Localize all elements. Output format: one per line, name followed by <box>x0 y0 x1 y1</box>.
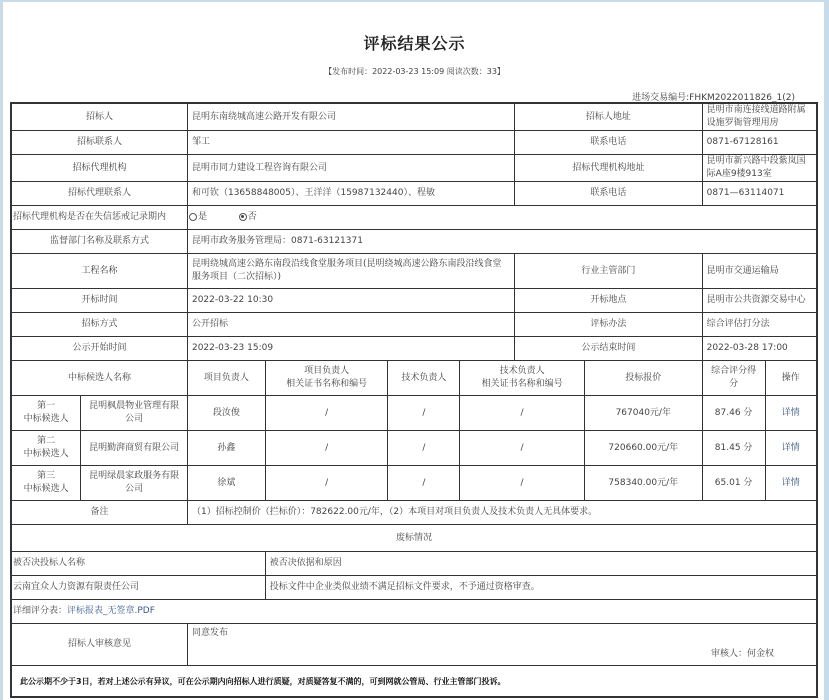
project-value: 昆明绕城高速公路东南段沿线食堂服务项目(昆明绕城高速公路东南段沿线食堂服务项目（… <box>187 254 514 289</box>
open-time-label: 开标时间 <box>11 289 187 313</box>
candidate-rank: 第三 中标候选人 <box>11 466 81 501</box>
header-pm: 项目负责人 <box>187 361 265 396</box>
candidate-name: 昆明勤湃商贸有限公司 <box>81 431 188 466</box>
agency-label: 招标代理机构 <box>11 155 187 182</box>
row-notice: 公示开始时间 2022-03-23 15:09 公示结束时间 2022-03-2… <box>11 337 817 361</box>
reviewer: 审核人：何金权 <box>711 648 774 661</box>
eval-method-value: 综合评估打分法 <box>702 313 817 337</box>
row-open: 开标时间 2022-03-22 10:30 开标地点 昆明市公共资源交易中心 <box>11 289 817 313</box>
dishonest-options: 是 否 <box>187 206 817 230</box>
row-agency: 招标代理机构 昆明市同力建设工程咨询有限公司 招标代理机构地址 昆明市新兴路中段… <box>11 155 817 182</box>
candidate-tech-cert: / <box>460 431 585 466</box>
candidate-row: 第二 中标候选人 昆明勤湃商贸有限公司 孙鑫 / / / 720660.00元/… <box>11 431 817 466</box>
row-detail-file: 详细评分表：评标报表_无签章.PDF <box>11 600 817 624</box>
radio-no-label: 否 <box>248 212 257 222</box>
header-candidate-name: 中标候选人名称 <box>11 361 187 396</box>
footer-note: 此公示期不少于3日，若对上述公示有异议，可在公示期内向招标人进行质疑，对质疑答复… <box>11 666 817 698</box>
candidate-name: 昆明枫晨物业管理有限公司 <box>81 396 188 431</box>
eval-method-label: 评标办法 <box>515 313 703 337</box>
radio-no-checked-icon[interactable] <box>239 213 247 221</box>
candidate-pm: 段汝俊 <box>187 396 265 431</box>
supervisor-label: 监督部门名称及联系方式 <box>11 230 187 254</box>
tenderer-address-label: 招标人地址 <box>515 103 703 131</box>
candidate-details-link[interactable]: 详情 <box>765 431 817 466</box>
candidate-details-link[interactable]: 详情 <box>765 396 817 431</box>
agency-phone-label: 联系电话 <box>515 182 703 206</box>
candidate-tech: / <box>388 431 460 466</box>
notice-start-label: 公示开始时间 <box>11 337 187 361</box>
rejected-name-header: 被否决投标人名称 <box>11 552 265 576</box>
radio-no[interactable]: 否 <box>239 212 257 222</box>
contact-label: 招标联系人 <box>11 131 187 155</box>
row-method: 招标方式 公开招标 评标办法 综合评估打分法 <box>11 313 817 337</box>
candidate-score: 81.45 分 <box>702 431 765 466</box>
rejected-reason-header: 被否决依据和原因 <box>265 552 817 576</box>
header-score: 综合评分得分 <box>702 361 765 396</box>
details-link[interactable]: 详情 <box>782 443 800 453</box>
contact-value: 邹工 <box>187 131 514 155</box>
notice-start-value: 2022-03-23 15:09 <box>187 337 514 361</box>
candidate-details-link[interactable]: 详情 <box>765 466 817 501</box>
row-contact: 招标联系人 邹工 联系电话 0871-67128161 <box>11 131 817 155</box>
candidate-tech-cert: / <box>460 396 585 431</box>
row-agency-contact: 招标代理联系人 和可钦（13658848005）、王洋洋（15987132440… <box>11 182 817 206</box>
candidate-tech: / <box>388 466 460 501</box>
agency-contact-label: 招标代理联系人 <box>11 182 187 206</box>
candidate-pm-cert: / <box>265 431 388 466</box>
dishonest-label: 招标代理机构是否在失信惩戒记录期内 <box>11 206 187 230</box>
remarks-value: （1）招标控制价（拦标价）：782622.00元/年，（2）本项目对项目负责人及… <box>187 501 817 525</box>
industry-value: 昆明市交通运输局 <box>702 254 817 289</box>
candidate-price: 767040元/年 <box>584 396 702 431</box>
row-dishonest: 招标代理机构是否在失信惩戒记录期内 是 否 <box>11 206 817 230</box>
review-opinion: 同意发布 <box>192 627 812 640</box>
supervisor-value: 昆明市政务服务管理局：0871-63121371 <box>187 230 817 254</box>
rejected-row: 云南宜众人力资源有限责任公司 投标文件中企业类似业绩不满足招标文件要求，不予通过… <box>11 576 817 600</box>
candidate-score: 87.46 分 <box>702 396 765 431</box>
candidate-price: 758340.00元/年 <box>584 466 702 501</box>
row-review: 招标人审核意见 同意发布 审核人：何金权 <box>11 624 817 666</box>
details-link[interactable]: 详情 <box>782 408 800 418</box>
header-action: 操作 <box>765 361 817 396</box>
candidate-rank: 第二 中标候选人 <box>11 431 81 466</box>
review-label: 招标人审核意见 <box>11 624 187 666</box>
candidate-pm-cert: / <box>265 396 388 431</box>
candidate-name: 昆明绿晨家政服务有限公司 <box>81 466 188 501</box>
radio-yes-icon[interactable] <box>189 213 197 221</box>
method-label: 招标方式 <box>11 313 187 337</box>
candidate-rank: 第一 中标候选人 <box>11 396 81 431</box>
open-time-value: 2022-03-22 10:30 <box>187 289 514 313</box>
agency-address-label: 招标代理机构地址 <box>515 155 703 182</box>
method-value: 公开招标 <box>187 313 514 337</box>
row-supervisor: 监督部门名称及联系方式 昆明市政务服务管理局：0871-63121371 <box>11 230 817 254</box>
row-footer-note: 此公示期不少于3日，若对上述公示有异议，可在公示期内向招标人进行质疑，对质疑答复… <box>11 666 817 698</box>
row-rejected-title: 废标情况 <box>11 525 817 552</box>
publish-info: 【发布时间：2022-03-23 15:09 阅读次数：33】 <box>0 66 829 77</box>
open-place-label: 开标地点 <box>515 289 703 313</box>
candidate-pm-cert: / <box>265 466 388 501</box>
candidate-row: 第一 中标候选人 昆明枫晨物业管理有限公司 段汝俊 / / / 767040元/… <box>11 396 817 431</box>
detail-file-link[interactable]: 评标报表_无签章.PDF <box>67 606 155 616</box>
agency-value: 昆明市同力建设工程咨询有限公司 <box>187 155 514 182</box>
header-tech-cert: 技术负责人 相关证书名称和编号 <box>460 361 585 396</box>
tenderer-address-value: 昆明市南连接线道路附属设施罗衙管理用房 <box>702 103 817 131</box>
contact-phone-value: 0871-67128161 <box>702 131 817 155</box>
industry-label: 行业主管部门 <box>515 254 703 289</box>
candidate-tech-cert: / <box>460 466 585 501</box>
candidate-row: 第三 中标候选人 昆明绿晨家政服务有限公司 徐斌 / / / 758340.00… <box>11 466 817 501</box>
candidates-header-row: 中标候选人名称 项目负责人 项目负责人 相关证书名称和编号 技术负责人 技术负责… <box>11 361 817 396</box>
row-remarks: 备注 （1）招标控制价（拦标价）：782622.00元/年，（2）本项目对项目负… <box>11 501 817 525</box>
tenderer-value: 昆明东南绕城高速公路开发有限公司 <box>187 103 514 131</box>
tenderer-label: 招标人 <box>11 103 187 131</box>
candidate-tech: / <box>388 396 460 431</box>
rejected-name: 云南宜众人力资源有限责任公司 <box>11 576 265 600</box>
review-cell: 同意发布 审核人：何金权 <box>187 624 817 666</box>
detail-file-label: 详细评分表： <box>13 606 67 616</box>
candidate-score: 65.01 分 <box>702 466 765 501</box>
rejected-section-title: 废标情况 <box>11 525 817 552</box>
details-link[interactable]: 详情 <box>782 478 800 488</box>
remarks-label: 备注 <box>11 501 187 525</box>
contact-phone-label: 联系电话 <box>515 131 703 155</box>
page-title: 评标结果公示 <box>0 31 829 54</box>
header-price: 投标报价 <box>584 361 702 396</box>
radio-yes-label: 是 <box>198 212 207 222</box>
detail-file-cell: 详细评分表：评标报表_无签章.PDF <box>11 600 817 624</box>
row-tenderer: 招标人 昆明东南绕城高速公路开发有限公司 招标人地址 昆明市南连接线道路附属设施… <box>11 103 817 131</box>
candidate-price: 720660.00元/年 <box>584 431 702 466</box>
agency-address-value: 昆明市新兴路中段紫岚国际A座9楼913室 <box>702 155 817 182</box>
row-project: 工程名称 昆明绕城高速公路东南段沿线食堂服务项目(昆明绕城高速公路东南段沿线食堂… <box>11 254 817 289</box>
open-place-value: 昆明市公共资源交易中心 <box>702 289 817 313</box>
rejected-reason: 投标文件中企业类似业绩不满足招标文件要求，不予通过资格审查。 <box>265 576 817 600</box>
project-label: 工程名称 <box>11 254 187 289</box>
candidate-pm: 徐斌 <box>187 466 265 501</box>
agency-phone-value: 0871—63114071 <box>702 182 817 206</box>
header-pm-cert: 项目负责人 相关证书名称和编号 <box>265 361 388 396</box>
notice-end-value: 2022-03-28 17:00 <box>702 337 817 361</box>
agency-contact-value: 和可钦（13658848005）、王洋洋（15987132440）、程敏 <box>187 182 514 206</box>
notice-end-label: 公示结束时间 <box>515 337 703 361</box>
row-rejected-header: 被否决投标人名称 被否决依据和原因 <box>11 552 817 576</box>
header-tech: 技术负责人 <box>388 361 460 396</box>
candidate-pm: 孙鑫 <box>187 431 265 466</box>
result-table: 招标人 昆明东南绕城高速公路开发有限公司 招标人地址 昆明市南连接线道路附属设施… <box>10 102 818 698</box>
radio-yes[interactable]: 是 <box>189 212 207 222</box>
